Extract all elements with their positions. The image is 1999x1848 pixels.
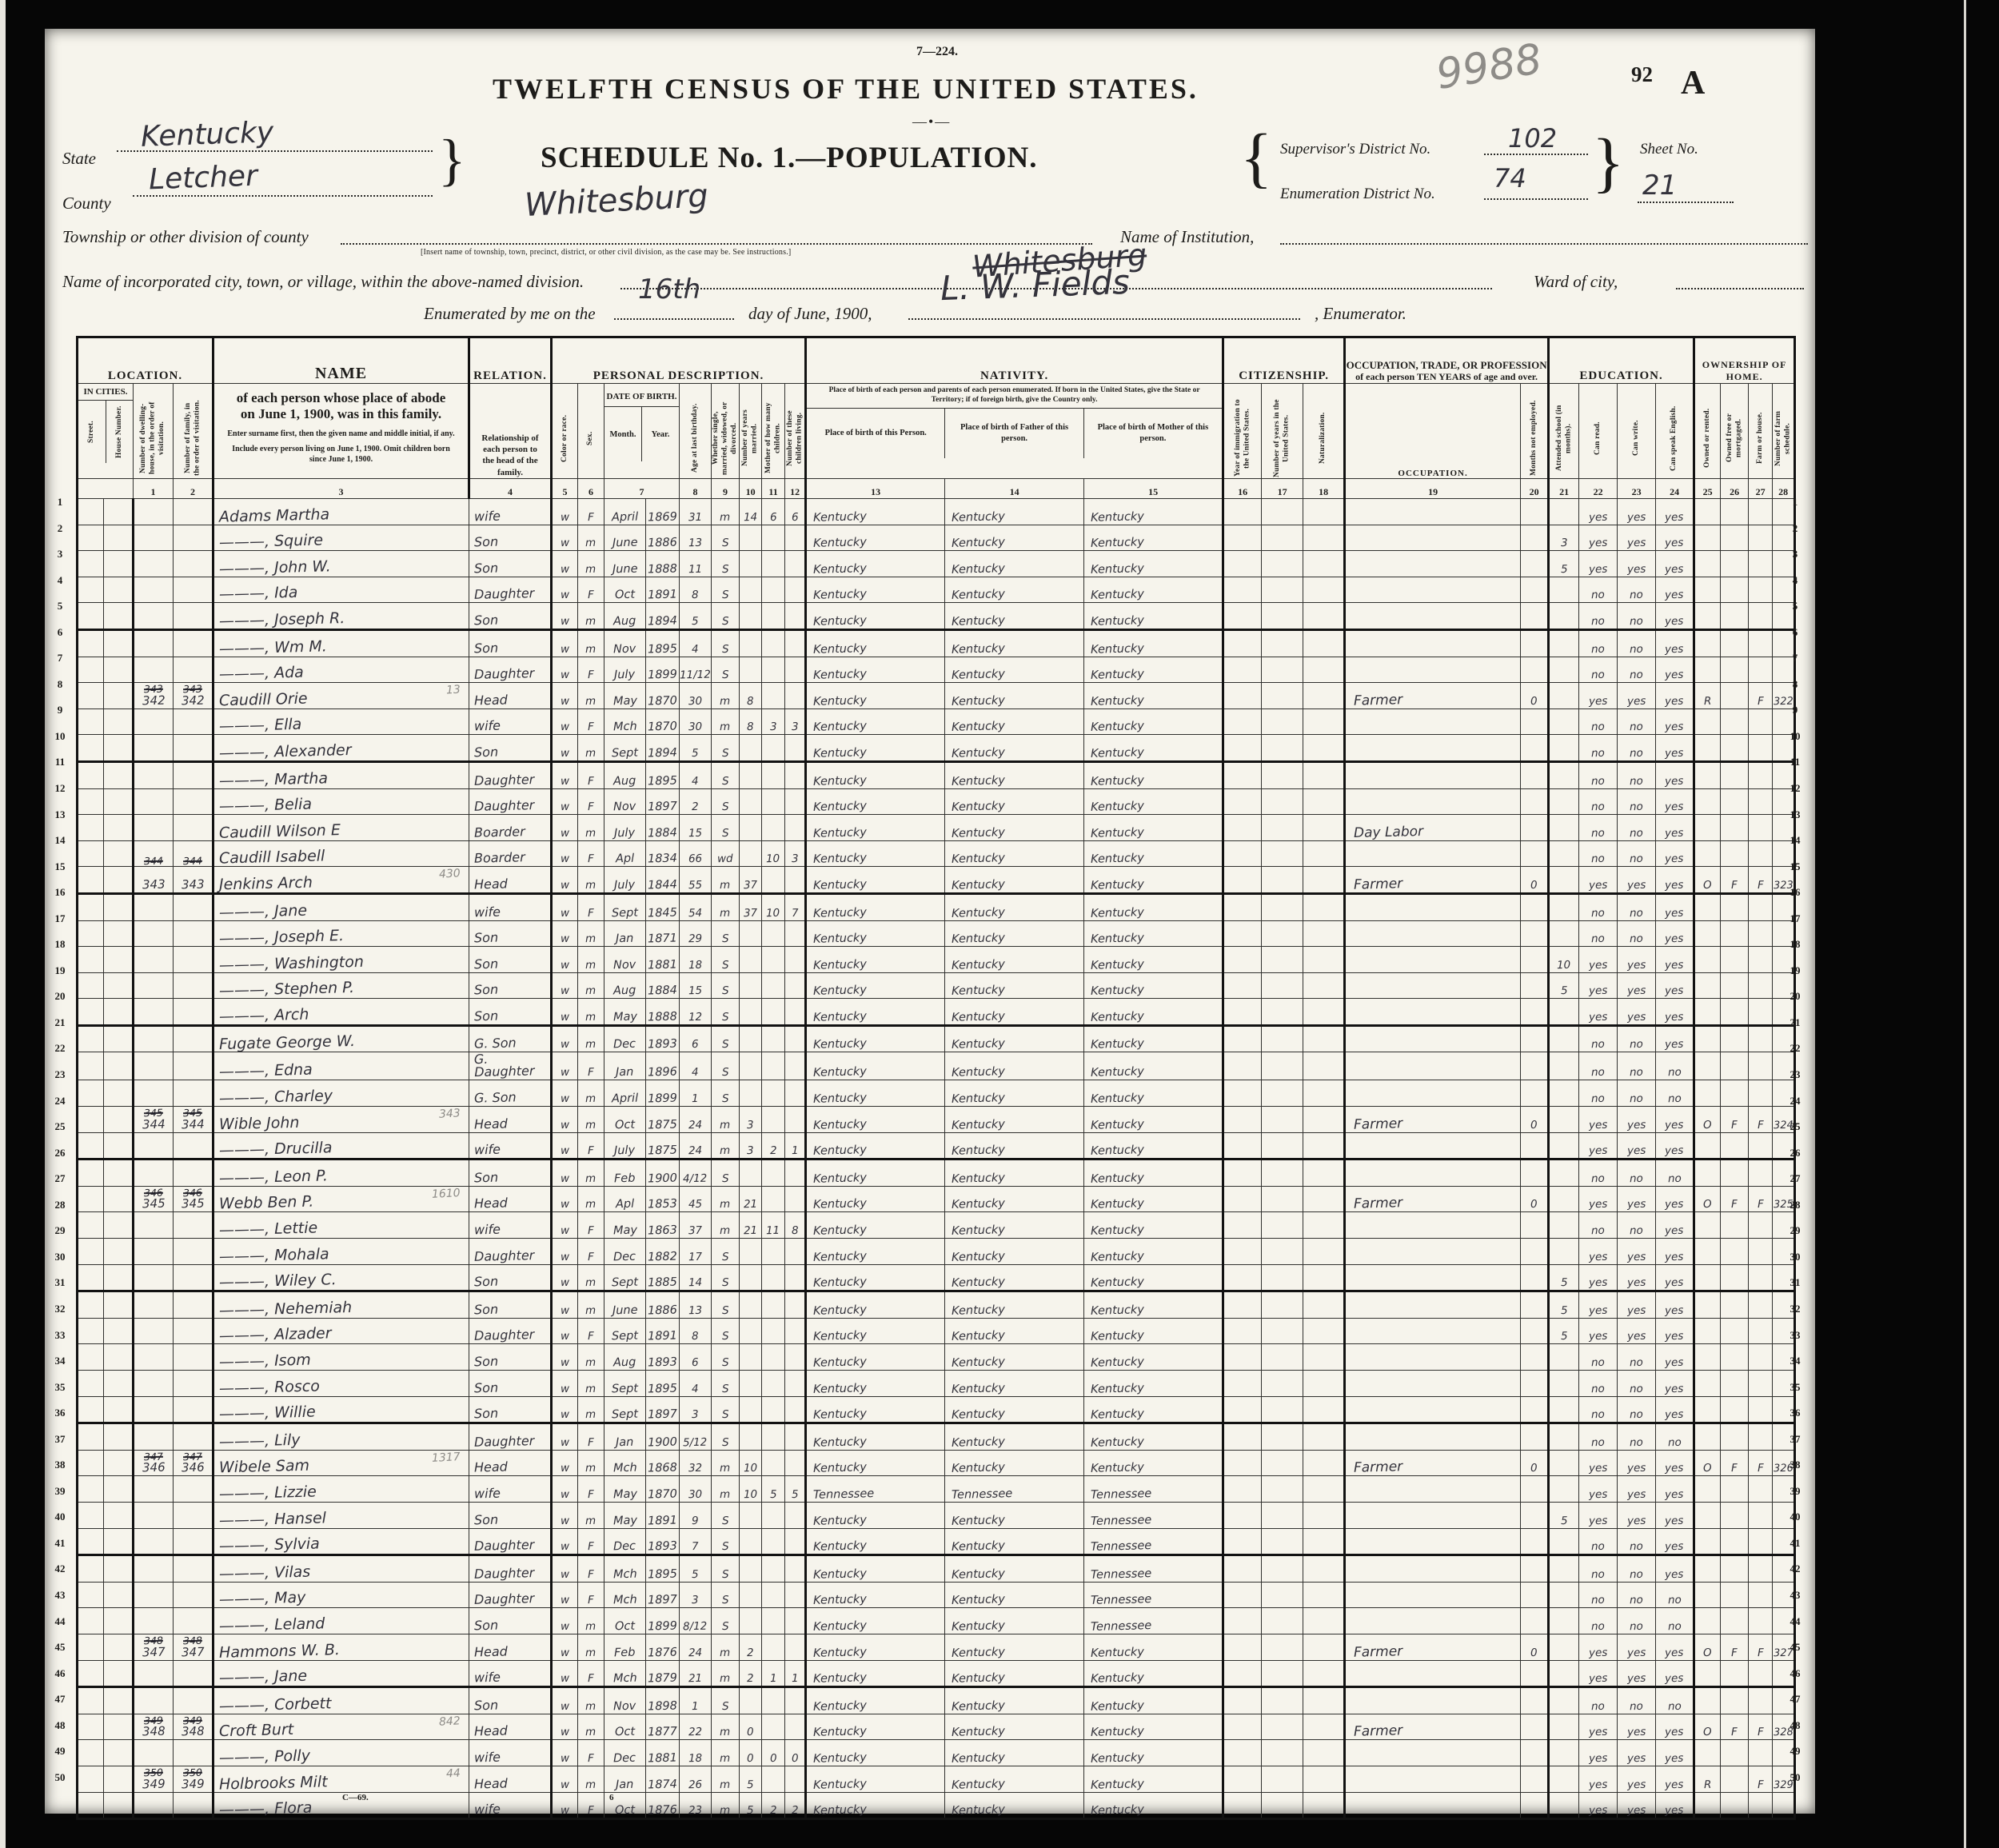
cell-attended-school [1549,499,1579,525]
cell-street [78,1792,104,1819]
cell-birth-month: April [604,499,646,525]
cell-relation: Son [469,629,552,657]
cell-birth-year: 1897 [646,788,680,815]
cell-pob-mother: Kentucky [1084,525,1223,551]
table-row: ———, LilyDaughterwFJan19005/12SKentuckyK… [78,1423,1795,1451]
cell-occupation [1345,551,1521,577]
cell-owned-free-mortgaged [1721,893,1749,920]
cell-immigration-year [1223,735,1262,762]
margin-row-number: 6 [50,620,70,646]
cell-naturalization [1303,499,1345,525]
cell-months-not-employed [1521,1396,1549,1423]
cell-dwelling-number: 347346 [134,1450,174,1476]
group-name: NAME [213,337,469,384]
cell-mother-of-children [762,867,785,894]
cell-owned-rented: O [1694,1107,1721,1133]
cell-pob-mother: Kentucky [1084,1107,1223,1133]
cell-color: w [552,1291,578,1319]
cell-age: 4 [680,761,712,788]
cell-months-not-employed [1521,657,1549,683]
cell-occupation [1345,735,1521,762]
cell-children-living [785,551,806,577]
cell-years-in-us [1262,840,1303,867]
cell-birth-year: 1886 [646,525,680,551]
cell-can-write: no [1618,603,1656,630]
cell-pob-father: Kentucky [945,629,1084,657]
cell-months-not-employed [1521,1344,1549,1371]
bottom-form-code: C—69. [342,1793,369,1802]
cell-birth-year: 1834 [646,840,680,867]
cell-pob-mother: Kentucky [1084,867,1223,894]
cell-years-married: 8 [740,683,762,709]
cell-marital-status: S [711,815,739,841]
cell-house-number [104,1132,134,1159]
table-row: ———, DrucillawifewFJuly187524m321Kentuck… [78,1132,1795,1159]
cell-sex: m [578,1025,604,1052]
cell-relation: Son [469,525,552,551]
margin-row-number: 2 [1785,516,1805,542]
cell-can-read: yes [1579,999,1618,1026]
cell-birth-year: 1884 [646,815,680,841]
cell-age: 11 [680,551,712,577]
margin-row-number: 31 [50,1270,70,1296]
cell-family-number [174,1318,213,1344]
cell-children-living [785,525,806,551]
cell-pob-father: Kentucky [945,761,1084,788]
cell-can-write: yes [1618,1792,1656,1819]
cell-naturalization [1303,1264,1345,1291]
cell-mother-of-children [762,1318,785,1344]
column-number-18: 18 [1303,479,1345,499]
cell-can-write: yes [1618,972,1656,999]
cell-years-married [740,657,762,683]
cell-street [78,788,104,815]
table-row: 348347348347Hammons W. B.HeadwmFeb187624… [78,1634,1795,1660]
group-location: LOCATION. [78,337,213,384]
cell-pob-person: Kentucky [806,1608,945,1634]
cell-occupation [1345,708,1521,735]
margin-row-number: 15 [1785,854,1805,880]
cell-color: w [552,551,578,577]
cell-children-living: 5 [785,1476,806,1503]
margin-row-number: 11 [50,749,70,776]
margin-row-number: 18 [50,932,70,958]
cell-farm-or-house [1749,735,1773,762]
cell-mother-of-children: 10 [762,893,785,920]
margin-row-number: 5 [1785,593,1805,620]
cell-mother-of-children [762,1264,785,1291]
cell-farm-or-house: F [1749,1450,1773,1476]
cell-months-not-employed [1521,840,1549,867]
cell-owned-rented [1694,840,1721,867]
cell-sex: m [578,999,604,1026]
cell-pob-father: Kentucky [945,1528,1084,1555]
table-row: ———, SquireSonwmJune188613SKentuckyKentu… [78,525,1795,551]
cell-can-speak-english: yes [1656,1264,1694,1291]
margin-row-number: 21 [1785,1010,1805,1036]
cell-relation: wife [469,1660,552,1687]
cell-house-number [104,1186,134,1212]
column-number-3: 3 [213,479,469,499]
cell-occupation [1345,1025,1521,1052]
cell-attended-school [1549,999,1579,1026]
table-body: Adams MarthawifewFApril186931m1466Kentuc… [78,499,1795,1819]
cell-pob-father: Kentucky [945,972,1084,999]
cell-sex: F [578,1476,604,1503]
cell-birth-month: Sept [604,1264,646,1291]
cell-house-number [104,1740,134,1766]
cell-can-speak-english: yes [1656,761,1694,788]
cell-pob-father: Kentucky [945,1555,1084,1583]
cell-pob-father: Kentucky [945,708,1084,735]
cell-years-in-us [1262,1502,1303,1528]
cell-dwelling-number [134,1476,174,1503]
group-nativity: NATIVITY. [806,337,1223,384]
cell-color: w [552,1660,578,1687]
cell-age: 4 [680,629,712,657]
cell-months-not-employed [1521,551,1549,577]
cell-sex: F [578,788,604,815]
margin-row-number: 36 [1785,1400,1805,1427]
cell-dwelling-number [134,1423,174,1451]
cell-name: ———, Corbett [213,1687,469,1714]
cell-occupation: Farmer [1345,1634,1521,1660]
cell-relation: Son [469,1687,552,1714]
margin-row-number: 37 [50,1427,70,1453]
cell-sex: m [578,1396,604,1423]
cell-can-read: no [1579,657,1618,683]
cell-children-living [785,1107,806,1133]
cell-mother-of-children [762,629,785,657]
table-row: ———, AlexanderSonwmSept18945SKentuckyKen… [78,735,1795,762]
cell-street [78,1766,104,1792]
cell-mother-of-children [762,972,785,999]
cell-street [78,867,104,894]
cell-sex: m [578,920,604,947]
ward-label: Ward of city, [1534,272,1618,292]
cell-can-write: no [1618,1371,1656,1397]
cell-name: ———, Arch [213,999,469,1026]
cell-immigration-year [1223,1608,1262,1634]
cell-name: ———, Flora [213,1792,469,1819]
cell-name: ———, Washington [213,947,469,973]
margin-row-number: 15 [50,854,70,880]
cell-naturalization [1303,1344,1345,1371]
cell-immigration-year [1223,1582,1262,1608]
header-children-living: Number of these children living. [785,384,806,479]
cell-can-read: yes [1579,1634,1618,1660]
cell-months-not-employed [1521,1766,1549,1792]
cell-age: 55 [680,867,712,894]
cell-sex: F [578,1528,604,1555]
cell-relation: Daughter [469,657,552,683]
cell-sex: F [578,1740,604,1766]
cell-street [78,1608,104,1634]
cell-relation: Head [469,1186,552,1212]
header-nativity: Place of birth of each person and parent… [806,384,1223,479]
cell-naturalization [1303,999,1345,1026]
table-row: ———, EdnaG. DaughterwFJan18964SKentuckyK… [78,1052,1795,1080]
cell-immigration-year [1223,1344,1262,1371]
cell-owned-free-mortgaged [1721,788,1749,815]
cell-months-not-employed [1521,1025,1549,1052]
table-row: ———, MarthaDaughterwFAug18954SKentuckyKe… [78,761,1795,788]
cell-can-speak-english: yes [1656,1371,1694,1397]
cell-color: w [552,1371,578,1397]
cell-years-married: 3 [740,1132,762,1159]
cell-street [78,1740,104,1766]
cell-pob-person: Kentucky [806,683,945,709]
cell-marital-status: S [711,1608,739,1634]
margin-row-number: 27 [50,1166,70,1192]
bottom-digit: 6 [609,1793,614,1802]
cell-can-write: yes [1618,1107,1656,1133]
cell-name: Webb Ben P.1610 [213,1186,469,1212]
cell-age: 18 [680,1740,712,1766]
cell-children-living [785,1608,806,1634]
cell-years-married [740,1687,762,1714]
cell-naturalization [1303,1396,1345,1423]
cell-birth-month: June [604,551,646,577]
cell-pob-person: Kentucky [806,1025,945,1052]
cell-color: w [552,1080,578,1107]
group-citizenship: CITIZENSHIP. [1223,337,1345,384]
cell-farm-or-house [1749,1396,1773,1423]
cell-house-number [104,999,134,1026]
cell-immigration-year [1223,1792,1262,1819]
header-family-number: Number of family, in the order of visita… [174,384,213,479]
cell-birth-month: Sept [604,735,646,762]
cell-owned-rented [1694,603,1721,630]
cell-occupation [1345,1502,1521,1528]
cell-dwelling-number: 345344 [134,1107,174,1133]
cell-marital-status: m [711,1186,739,1212]
margin-row-number: 34 [1785,1348,1805,1375]
cell-mother-of-children: 2 [762,1132,785,1159]
margin-row-number: 50 [1785,1765,1805,1791]
cell-months-not-employed [1521,1687,1549,1714]
margin-row-number: 40 [1785,1504,1805,1531]
cell-children-living [785,735,806,762]
cell-birth-year: 1900 [646,1423,680,1451]
cell-can-read: no [1579,1212,1618,1239]
cell-birth-month: Oct [604,1107,646,1133]
cell-naturalization [1303,1371,1345,1397]
cell-attended-school [1549,603,1579,630]
cell-occupation [1345,1396,1521,1423]
cell-mother-of-children [762,999,785,1026]
cell-marital-status: m [711,1766,739,1792]
cell-mother-of-children [762,1608,785,1634]
cell-birth-year: 1891 [646,577,680,603]
cell-pob-person: Kentucky [806,1052,945,1080]
cell-name: ———, Edna [213,1052,469,1080]
cell-months-not-employed: 0 [1521,683,1549,709]
cell-color: w [552,1264,578,1291]
cell-can-write: yes [1618,1766,1656,1792]
cell-pob-mother: Kentucky [1084,1239,1223,1265]
cell-can-write: no [1618,708,1656,735]
cell-attended-school: 3 [1549,525,1579,551]
cell-farm-or-house [1749,1344,1773,1371]
cell-name: Holbrooks Milt44 [213,1766,469,1792]
cell-owned-free-mortgaged [1721,840,1749,867]
cell-pob-father: Kentucky [945,1608,1084,1634]
cell-can-speak-english: yes [1656,1766,1694,1792]
cell-street [78,1080,104,1107]
cell-color: w [552,1132,578,1159]
nativity-note: Place of birth of each person and parent… [807,384,1222,408]
cell-family-number: 348347 [174,1634,213,1660]
margin-row-number: 6 [1785,620,1805,646]
cell-marital-status: S [711,1264,739,1291]
table-row: Caudill Wilson EBoarderwmJuly188415SKent… [78,815,1795,841]
column-number-23: 23 [1618,479,1656,499]
cell-naturalization [1303,788,1345,815]
cell-birth-year: 1899 [646,1608,680,1634]
cell-street [78,683,104,709]
cell-years-married: 5 [740,1792,762,1819]
cell-years-married [740,840,762,867]
cell-age: 5/12 [680,1423,712,1451]
cell-birth-year: 1897 [646,1396,680,1423]
margin-row-number: 30 [1785,1244,1805,1271]
cell-children-living [785,1371,806,1397]
cell-years-in-us [1262,1344,1303,1371]
cell-can-write: no [1618,893,1656,920]
cell-owned-free-mortgaged [1721,1264,1749,1291]
table-row: ———, ArchSonwmMay188812SKentuckyKentucky… [78,999,1795,1026]
cell-birth-month: Mch [604,1582,646,1608]
cell-owned-free-mortgaged [1721,1159,1749,1187]
cell-years-married: 0 [740,1740,762,1766]
margin-row-number: 35 [50,1375,70,1401]
cell-months-not-employed [1521,815,1549,841]
cell-family-number [174,1264,213,1291]
cell-attended-school [1549,1107,1579,1133]
cell-immigration-year [1223,1396,1262,1423]
cell-relation: wife [469,1132,552,1159]
cell-attended-school: 5 [1549,1318,1579,1344]
cell-can-speak-english: yes [1656,525,1694,551]
cell-dwelling-number [134,1396,174,1423]
cell-name: Fugate George W. [213,1025,469,1052]
cell-can-write: yes [1618,1186,1656,1212]
cell-owned-rented [1694,1344,1721,1371]
cell-can-read: no [1579,788,1618,815]
cell-birth-year: 1899 [646,657,680,683]
cell-color: w [552,1318,578,1344]
cell-mother-of-children [762,1080,785,1107]
column-number-25: 25 [1694,479,1721,499]
cell-occupation [1345,999,1521,1026]
cell-birth-month: Aug [604,1344,646,1371]
cell-pob-mother: Kentucky [1084,708,1223,735]
cell-months-not-employed: 0 [1521,1634,1549,1660]
column-number-15: 15 [1084,479,1223,499]
cell-marital-status: S [711,577,739,603]
cell-can-write: yes [1618,999,1656,1026]
colnum-blank [78,479,134,499]
cell-mother-of-children [762,788,785,815]
cell-owned-free-mortgaged [1721,1582,1749,1608]
column-number-row: 1234567891011121314151617181920212223242… [78,479,1795,499]
table-row: 343343Jenkins Arch430HeadwmJuly184455m37… [78,867,1795,894]
cell-sex: m [578,735,604,762]
cell-pob-person: Tennessee [806,1476,945,1503]
cell-months-not-employed [1521,577,1549,603]
cell-house-number [104,603,134,630]
cell-naturalization [1303,1740,1345,1766]
table-row: ———, AlzaderDaughterwFSept18918SKentucky… [78,1318,1795,1344]
cell-relation: Daughter [469,1582,552,1608]
cell-farm-or-house [1749,1025,1773,1052]
cell-dwelling-number [134,1371,174,1397]
cell-dwelling-number: 343 [134,867,174,894]
table-row: ———, CharleyG. SonwmApril18991SKentuckyK… [78,1080,1795,1107]
cell-can-speak-english: no [1656,1582,1694,1608]
cell-name: ———, Stephen P. [213,972,469,999]
cell-owned-rented: O [1694,1714,1721,1740]
cell-years-married [740,525,762,551]
cell-can-write: yes [1618,1502,1656,1528]
cell-birth-month: May [604,1502,646,1528]
cell-dwelling-number [134,1502,174,1528]
cell-months-not-employed [1521,1291,1549,1319]
cell-pob-person: Kentucky [806,629,945,657]
cell-family-number [174,1528,213,1555]
header-dwelling-number: Number of dwelling-house, in the order o… [134,384,174,479]
cell-years-married [740,947,762,973]
cell-age: 13 [680,525,712,551]
cell-street [78,1450,104,1476]
cell-years-married: 0 [740,1714,762,1740]
cell-can-write: no [1618,1608,1656,1634]
cell-years-in-us [1262,815,1303,841]
cell-relation: Boarder [469,815,552,841]
cell-naturalization [1303,920,1345,947]
cell-months-not-employed [1521,1608,1549,1634]
margin-row-number: 36 [50,1400,70,1427]
cell-owned-rented [1694,1159,1721,1187]
cell-pob-mother: Kentucky [1084,920,1223,947]
cell-house-number [104,735,134,762]
cell-birth-year: 1868 [646,1450,680,1476]
cell-immigration-year [1223,1264,1262,1291]
cell-can-write: yes [1618,1264,1656,1291]
cell-color: w [552,708,578,735]
institution-line [1280,243,1808,245]
cell-street [78,708,104,735]
table-row: ———, BeliaDaughterwFNov18972SKentuckyKen… [78,788,1795,815]
cell-occupation [1345,657,1521,683]
cell-family-number [174,629,213,657]
cell-children-living [785,629,806,657]
header-occupation: OCCUPATION. [1345,384,1521,479]
cell-house-number [104,840,134,867]
header-birth-month: Month. [604,407,641,461]
cell-pob-father: Kentucky [945,840,1084,867]
cell-attended-school [1549,1186,1579,1212]
cell-years-in-us [1262,1186,1303,1212]
cell-farm-or-house [1749,708,1773,735]
cell-can-speak-english: yes [1656,1239,1694,1265]
cell-can-speak-english: no [1656,1608,1694,1634]
group-personal-description: PERSONAL DESCRIPTION. [552,337,806,384]
cell-owned-free-mortgaged [1721,1502,1749,1528]
cell-color: w [552,1423,578,1451]
cell-pob-person: Kentucky [806,999,945,1026]
